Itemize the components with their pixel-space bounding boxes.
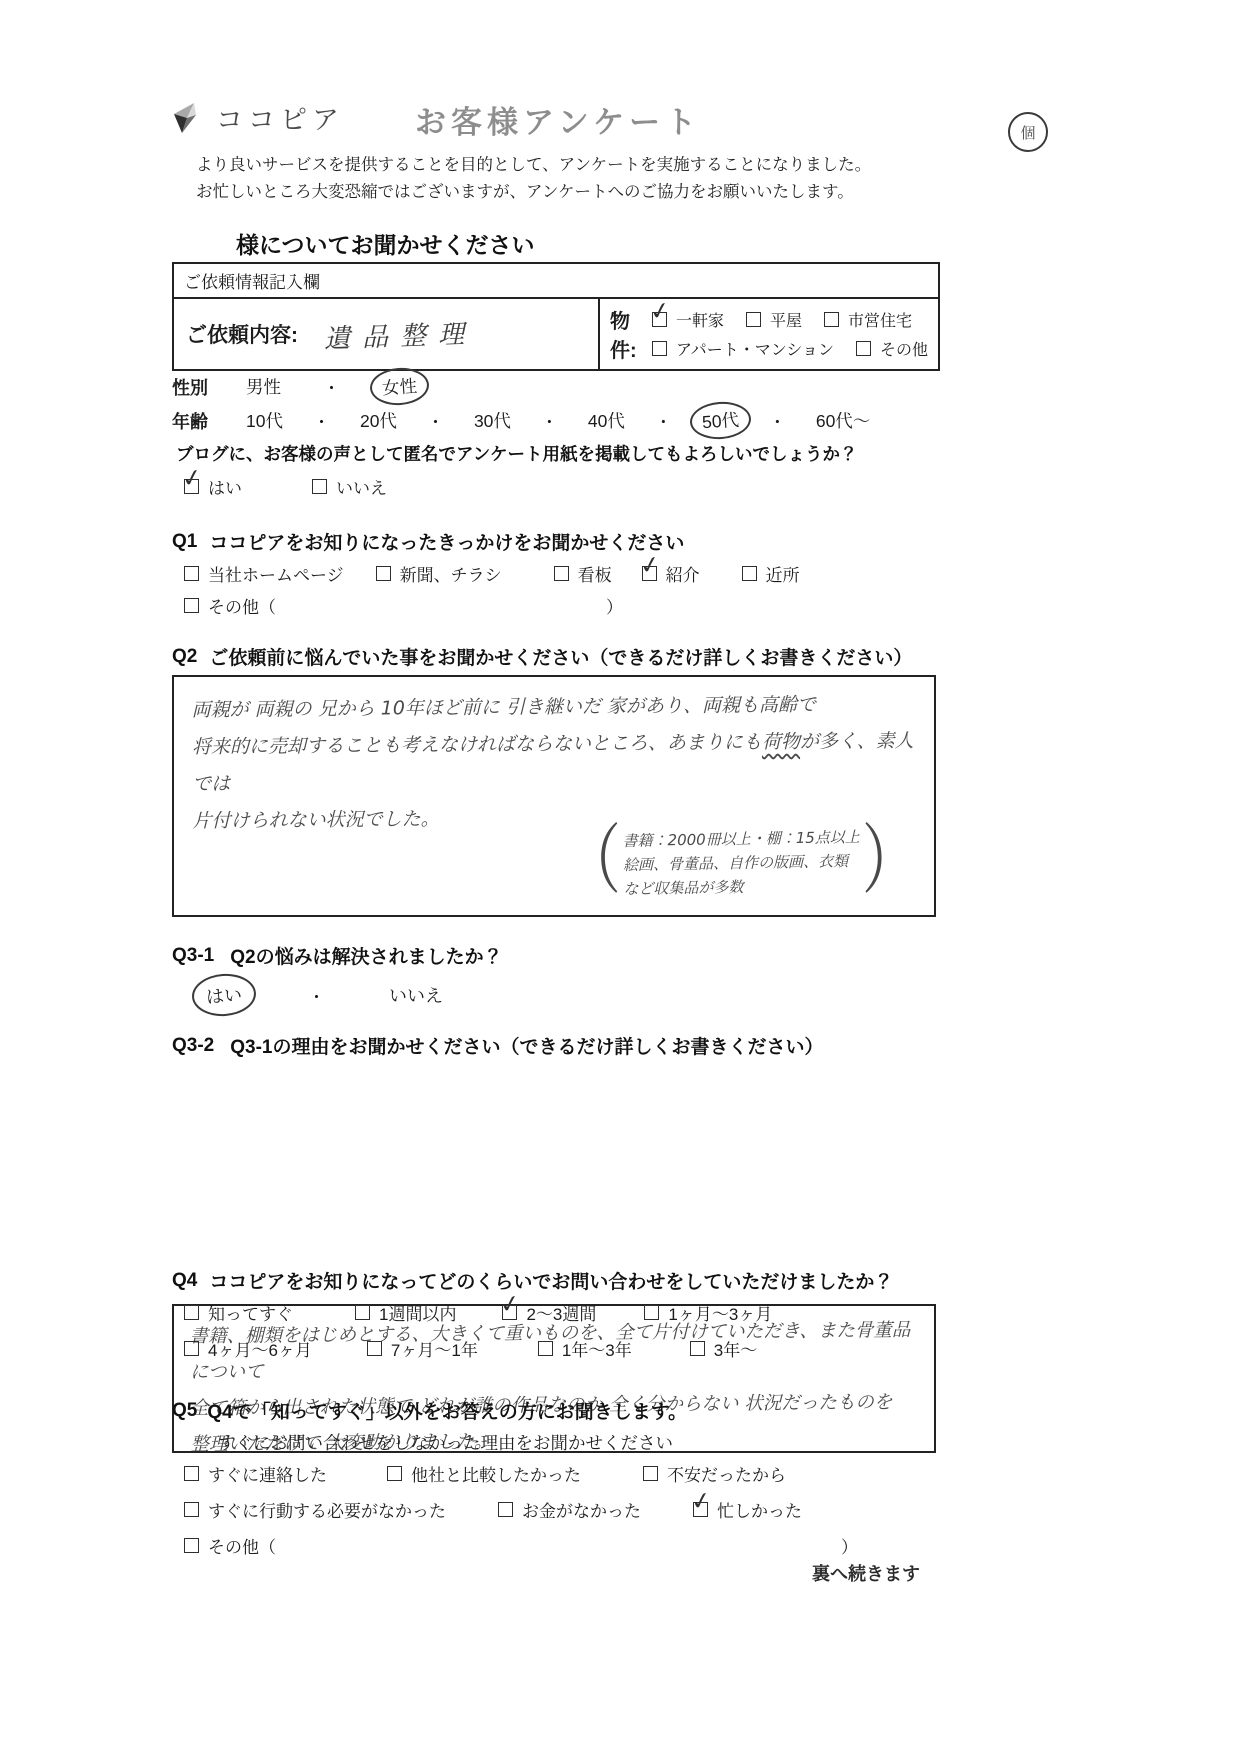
option-label: アパート・マンション <box>676 337 834 360</box>
checkbox-icon: ✓ <box>746 312 761 327</box>
q3-1-number: Q3-1 <box>172 945 214 967</box>
q1-option-neighborhood[interactable]: ✓ 近所 <box>742 561 800 586</box>
note-close-paren: ） <box>862 809 918 917</box>
option-label: 女性 <box>381 376 417 398</box>
q5-option-was-busy[interactable]: ✓ 忙しかった <box>693 1497 802 1522</box>
info-table-header: ご依頼情報記入欄 <box>174 264 938 299</box>
request-content-label: ご依頼内容: <box>186 319 298 349</box>
age-option-10s[interactable]: 10代 <box>234 402 295 439</box>
option-label: 3年〜 <box>714 1336 757 1361</box>
separator-dot: ・ <box>769 408 786 433</box>
brand-name: ココピア <box>216 98 344 137</box>
intro-line-2: お忙しいところ大変恐縮ではございますが、アンケートへのご協力をお願いいたします。 <box>196 179 956 206</box>
option-label: 他社と比較したかった <box>411 1461 581 1486</box>
checkbox-icon: ✓ <box>554 566 569 581</box>
wavy-underlined-word: 荷物 <box>762 731 800 753</box>
checkbox-icon: ✓ <box>184 1341 199 1356</box>
option-label: 20代 <box>360 411 397 431</box>
corner-mark-text: 個 <box>1020 122 1035 143</box>
q2-question: ご依頼前に悩んでいた事をお聞かせください（できるだけ詳しくお書きください） <box>209 643 912 670</box>
check-mark-icon: ✓ <box>638 551 662 578</box>
gender-option-male[interactable]: 男性 <box>234 368 293 405</box>
property-type-cell: 物件: ✓ 一軒家 ✓ 平屋 ✓ 市営住宅 <box>600 299 938 369</box>
option-label: はい <box>205 985 242 1007</box>
option-label: 7ヶ月〜1年 <box>391 1336 478 1361</box>
option-label: すぐに行動する必要がなかった <box>208 1497 446 1522</box>
option-label: 看板 <box>578 561 612 586</box>
option-label: いいえ <box>389 986 443 1006</box>
age-option-30s[interactable]: 30代 <box>462 402 523 439</box>
q3-1-option-no[interactable]: いいえ <box>377 976 455 1014</box>
gender-option-female[interactable]: 女性 <box>369 366 430 407</box>
checkbox-icon: ✓ <box>856 341 871 356</box>
checkbox-icon: ✓ <box>538 1341 553 1356</box>
blog-question: ブログに、お客様の声として匿名でアンケート用紙を掲載してもよろしいでしょうか？ <box>176 441 857 466</box>
q4-heading: Q4 ココピアをお知りになってどのくらいでお問い合わせをしていただけましたか？ <box>172 1267 893 1294</box>
option-label: すぐに連絡した <box>208 1461 327 1486</box>
q2-margin-note: （ 書籍：2000冊以上・棚：15点以上 絵画、骨董品、自作の版画、衣類 など収… <box>565 823 918 903</box>
q3-1-option-yes[interactable]: はい <box>191 972 258 1018</box>
corner-mark-badge: 個 <box>1008 112 1048 152</box>
option-label: 1週間以内 <box>379 1300 456 1325</box>
continue-on-back-note: 裏へ続きます <box>812 1560 920 1586</box>
check-mark-icon: ✓ <box>499 1290 523 1317</box>
q2-handwritten-answer: 両親が 両親の 兄から 10年ほど前に 引き継いだ 家があり、両親も高齢で 将来… <box>173 674 934 841</box>
q5-option-other[interactable]: ✓ その他（ <box>184 1533 276 1558</box>
separator-dot: ・ <box>313 408 330 433</box>
q5-option-no-need-to-act[interactable]: ✓ すぐに行動する必要がなかった <box>184 1497 446 1522</box>
checkbox-icon: ✓ <box>502 1305 517 1320</box>
separator-dot: ・ <box>308 983 325 1008</box>
q2-answer-line-1: 両親が 両親の 兄から 10年ほど前に 引き継いだ 家があり、両親も高齢で <box>191 686 917 729</box>
age-row: 年齢 10代 ・ 20代 ・ 30代 ・ 40代 ・ 50代 ・ 60代〜 <box>172 402 882 439</box>
q1-number: Q1 <box>172 531 197 553</box>
separator-dot: ・ <box>323 374 340 399</box>
q5-option-compare-other-companies[interactable]: ✓ 他社と比較したかった <box>387 1461 581 1486</box>
intro-text: より良いサービスを提供することを目的として、アンケートを実施することになりました… <box>196 152 956 205</box>
q4-option-within-1-week[interactable]: ✓ 1週間以内 <box>355 1300 456 1325</box>
option-label: 2〜3週間 <box>526 1300 596 1325</box>
property-option-other[interactable]: ✓ その他 <box>856 337 928 360</box>
property-option-house[interactable]: ✓ 一軒家 <box>652 308 724 331</box>
q1-option-homepage[interactable]: ✓ 当社ホームページ <box>184 561 344 586</box>
q2-note-line-2: 絵画、骨董品、自作の版画、衣類 <box>623 849 861 877</box>
q3-1-heading: Q3-1 Q2の悩みは解決されましたか？ <box>172 942 503 969</box>
checkbox-icon: ✓ <box>652 312 667 327</box>
q4-options-row-2: ✓ 4ヶ月〜6ヶ月 ✓ 7ヶ月〜1年 ✓ 1年〜3年 ✓ 3年〜 <box>184 1336 757 1361</box>
section-title: 様についてお聞かせください <box>236 227 535 260</box>
option-label: 不安だったから <box>667 1461 786 1486</box>
request-info-table: ご依頼情報記入欄 ご依頼内容: 遺品整理 物件: ✓ 一軒家 ✓ 平屋 <box>172 262 940 371</box>
q4-options-row-1: ✓ 知ってすぐ ✓ 1週間以内 ✓ 2〜3週間 ✓ 1ヶ月〜3ヶ月 <box>184 1300 772 1325</box>
q5-option-was-anxious[interactable]: ✓ 不安だったから <box>643 1461 786 1486</box>
blog-option-no[interactable]: ✓ いいえ <box>312 474 387 499</box>
checkbox-icon: ✓ <box>312 479 327 494</box>
option-label: 知ってすぐ <box>208 1300 293 1325</box>
option-label: 平屋 <box>770 308 802 331</box>
separator-dot: ・ <box>655 408 672 433</box>
blog-option-yes[interactable]: ✓ はい <box>184 474 242 499</box>
q4-number: Q4 <box>172 1270 197 1292</box>
q5-option-no-money[interactable]: ✓ お金がなかった <box>498 1497 641 1522</box>
q5-question: Q4で「知ってすぐ」以外をお答えの方にお聞きします。 <box>207 1397 687 1424</box>
option-label: お金がなかった <box>522 1497 641 1522</box>
check-mark-icon: ✓ <box>180 464 204 491</box>
q4-option-3-years-plus[interactable]: ✓ 3年〜 <box>690 1336 757 1361</box>
q4-option-1-3-months[interactable]: ✓ 1ヶ月〜3ヶ月 <box>644 1300 772 1325</box>
page-title: お客様アンケート <box>415 97 701 142</box>
q4-option-1-3-years[interactable]: ✓ 1年〜3年 <box>538 1336 632 1361</box>
paper-plane-icon <box>172 100 206 136</box>
q5-option-contacted-immediately[interactable]: ✓ すぐに連絡した <box>184 1461 327 1486</box>
checkbox-icon: ✓ <box>643 1466 658 1481</box>
survey-page: ココピア お客様アンケート 個 より良いサービスを提供することを目的として、アン… <box>0 0 1240 1754</box>
option-label: 忙しかった <box>717 1497 802 1522</box>
option-label: その他 <box>880 337 928 360</box>
checkbox-icon: ✓ <box>184 1538 199 1553</box>
option-label: 40代 <box>588 411 625 431</box>
option-label: その他（ <box>208 593 276 618</box>
checkbox-icon: ✓ <box>355 1305 370 1320</box>
q1-option-referral[interactable]: ✓ 紹介 <box>642 561 700 586</box>
q3-1-options-row: はい ・ いいえ <box>192 974 455 1016</box>
checkbox-icon: ✓ <box>184 479 199 494</box>
intro-line-1: より良いサービスを提供することを目的として、アンケートを実施することになりました… <box>196 152 956 179</box>
q4-option-7-months-1-year[interactable]: ✓ 7ヶ月〜1年 <box>367 1336 478 1361</box>
option-label: 男性 <box>246 377 281 397</box>
checkbox-icon: ✓ <box>690 1341 705 1356</box>
age-label: 年齢 <box>172 408 208 434</box>
option-label: その他（ <box>208 1533 276 1558</box>
property-option-flat-house[interactable]: ✓ 平屋 <box>746 308 802 331</box>
q1-option-signboard[interactable]: ✓ 看板 <box>554 561 612 586</box>
property-type-label: 物件: <box>610 305 640 363</box>
q2-number: Q2 <box>172 646 197 668</box>
option-label: 30代 <box>474 411 511 431</box>
checkbox-icon: ✓ <box>824 312 839 327</box>
option-label: 近所 <box>766 561 800 586</box>
q2-heading: Q2 ご依頼前に悩んでいた事をお聞かせください（できるだけ詳しくお書きください） <box>172 643 912 670</box>
age-option-40s[interactable]: 40代 <box>576 402 637 439</box>
option-label: 60代〜 <box>816 411 870 431</box>
q2-answer-box[interactable]: 両親が 両親の 兄から 10年ほど前に 引き継いだ 家があり、両親も高齢で 将来… <box>172 675 936 917</box>
request-content-cell: ご依頼内容: 遺品整理 <box>174 299 600 369</box>
q2-note-lines: 書籍：2000冊以上・棚：15点以上 絵画、骨董品、自作の版画、衣類 など収集品… <box>620 821 863 905</box>
checkbox-icon: ✓ <box>184 1466 199 1481</box>
q4-option-2-3-weeks[interactable]: ✓ 2〜3週間 <box>502 1300 596 1325</box>
checkbox-icon: ✓ <box>367 1341 382 1356</box>
q1-option-newspaper-flyer[interactable]: ✓ 新聞、チラシ <box>376 561 502 586</box>
q4-option-immediately[interactable]: ✓ 知ってすぐ <box>184 1300 293 1325</box>
checkbox-icon: ✓ <box>644 1305 659 1320</box>
q1-other-row: ✓ その他（ ） <box>184 593 623 618</box>
q5-other-row: ✓ その他（ ） <box>184 1533 858 1558</box>
property-option-apartment[interactable]: ✓ アパート・マンション <box>652 337 834 360</box>
checkbox-icon: ✓ <box>652 341 667 356</box>
option-label: 1年〜3年 <box>562 1336 632 1361</box>
q4-question: ココピアをお知りになってどのくらいでお問い合わせをしていただけましたか？ <box>209 1267 893 1294</box>
age-option-50s[interactable]: 50代 <box>689 400 752 441</box>
note-open-paren: （ <box>565 809 621 917</box>
option-label: 紹介 <box>666 561 700 586</box>
gender-row: 性別 男性 ・ 女性 <box>172 368 429 405</box>
option-label: 一軒家 <box>676 308 724 331</box>
checkbox-icon: ✓ <box>184 566 199 581</box>
q1-heading: Q1 ココピアをお知りになったきっかけをお聞かせください <box>172 528 684 555</box>
checkbox-icon: ✓ <box>693 1502 708 1517</box>
check-mark-icon: ✓ <box>689 1487 713 1514</box>
separator-dot: ・ <box>427 408 444 433</box>
blog-options-row: ✓ はい ✓ いいえ <box>184 474 387 499</box>
option-label: 10代 <box>246 411 283 431</box>
option-label: 市営住宅 <box>848 308 912 331</box>
q3-2-heading: Q3-2 Q3-1の理由をお聞かせください（できるだけ詳しくお書きください） <box>172 1032 824 1059</box>
checkbox-icon: ✓ <box>498 1502 513 1517</box>
checkbox-icon: ✓ <box>387 1466 402 1481</box>
option-label: 50代 <box>701 410 739 433</box>
q3-2-number: Q3-2 <box>172 1035 214 1057</box>
brand-logo: ココピア <box>172 98 344 137</box>
q5-number: Q5 <box>172 1400 197 1422</box>
q3-2-question: Q3-1の理由をお聞かせください（できるだけ詳しくお書きください） <box>230 1032 823 1059</box>
option-label: 当社ホームページ <box>208 561 344 586</box>
request-content-handwritten-value: 遺品整理 <box>323 313 476 355</box>
q5-sub-question: すぐにお問い合わせをしなかった理由をお聞かせください <box>218 1430 673 1455</box>
option-label: 新聞、チラシ <box>400 561 502 586</box>
q3-1-question: Q2の悩みは解決されましたか？ <box>230 942 502 969</box>
separator-dot: ・ <box>541 408 558 433</box>
option-label: 1ヶ月〜3ヶ月 <box>668 1300 772 1325</box>
age-option-60s-plus[interactable]: 60代〜 <box>804 402 882 439</box>
age-option-20s[interactable]: 20代 <box>348 402 409 439</box>
q1-option-other[interactable]: ✓ その他（ <box>184 593 276 618</box>
checkbox-icon: ✓ <box>742 566 757 581</box>
q5-options-row-2: ✓ すぐに行動する必要がなかった ✓ お金がなかった ✓ 忙しかった <box>184 1497 802 1522</box>
q5-heading: Q5 Q4で「知ってすぐ」以外をお答えの方にお聞きします。 <box>172 1397 687 1424</box>
property-option-municipal-housing[interactable]: ✓ 市営住宅 <box>824 308 912 331</box>
checkbox-icon: ✓ <box>184 1305 199 1320</box>
q5-options-row-1: ✓ すぐに連絡した ✓ 他社と比較したかった ✓ 不安だったから <box>184 1461 786 1486</box>
checkbox-icon: ✓ <box>184 1502 199 1517</box>
q1-question: ココピアをお知りになったきっかけをお聞かせください <box>209 528 684 555</box>
q2-answer-line-2: 将来的に売却することも考えなければならないところ、あまりにも荷物が多く、素人では <box>192 723 919 803</box>
option-label: はい <box>208 474 242 499</box>
option-label: 4ヶ月〜6ヶ月 <box>208 1336 312 1361</box>
check-mark-icon: ✓ <box>648 297 672 324</box>
option-label: いいえ <box>336 474 387 499</box>
q1-options-row: ✓ 当社ホームページ ✓ 新聞、チラシ ✓ 看板 ✓ 紹介 ✓ 近所 <box>184 561 800 586</box>
q1-other-close-paren: ） <box>606 593 623 618</box>
gender-label: 性別 <box>172 374 208 400</box>
q5-other-close-paren: ） <box>841 1533 858 1558</box>
checkbox-icon: ✓ <box>184 598 199 613</box>
q4-option-4-6-months[interactable]: ✓ 4ヶ月〜6ヶ月 <box>184 1336 312 1361</box>
checkbox-icon: ✓ <box>376 566 391 581</box>
q2-note-line-3: など収集品が多数 <box>623 873 861 901</box>
checkbox-icon: ✓ <box>642 566 657 581</box>
